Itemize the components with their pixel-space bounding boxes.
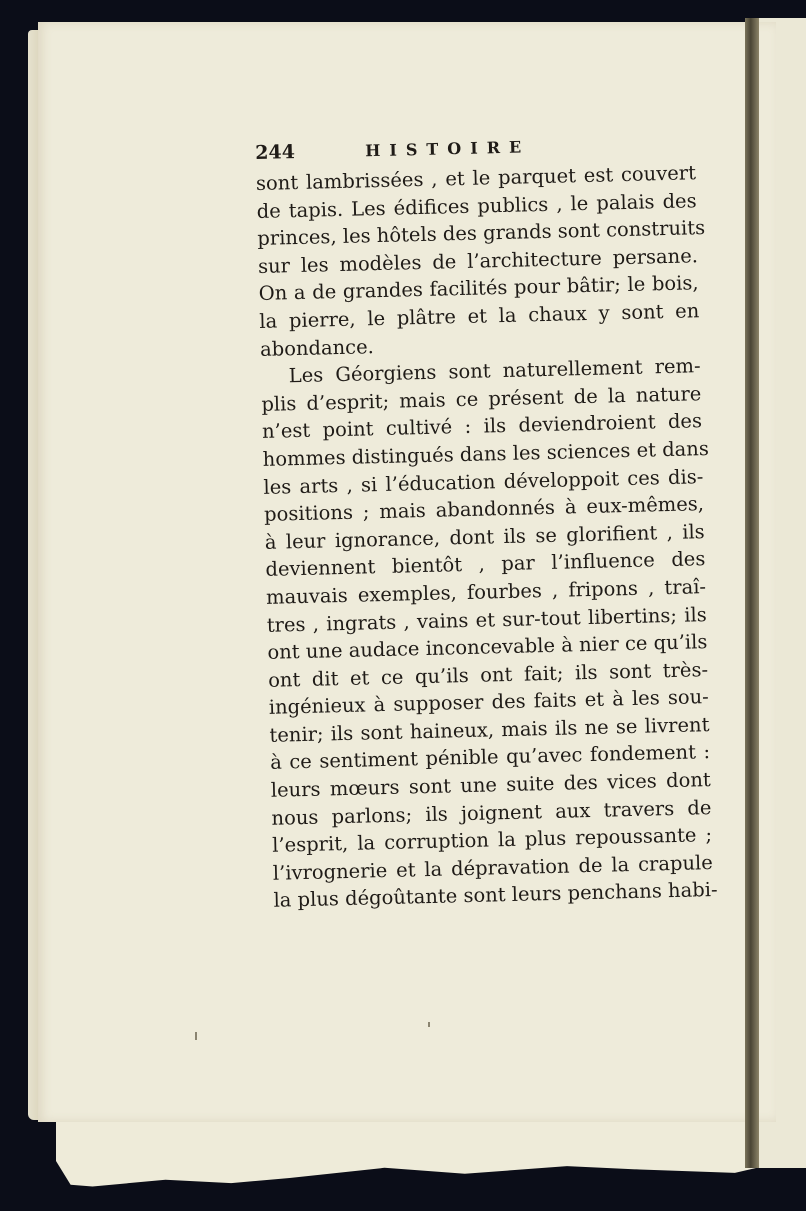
page-text: 244 HISTOIRE sont lambrissées , et le pa… (255, 131, 729, 915)
book-gutter (745, 18, 759, 1168)
paper-speck (428, 1022, 430, 1027)
book-scan: 244 HISTOIRE sont lambrissées , et le pa… (0, 0, 806, 1211)
under-sheet-deckled-edge (56, 1110, 786, 1195)
running-head-title: HISTOIRE (365, 137, 530, 160)
paragraph-2: Les Géorgiens sont naturellement rem- pl… (260, 352, 728, 915)
paragraph-1: sont lambrissées , et le parquet est cou… (256, 159, 716, 363)
paper-speck (195, 1032, 197, 1040)
page-number: 244 (255, 139, 366, 164)
